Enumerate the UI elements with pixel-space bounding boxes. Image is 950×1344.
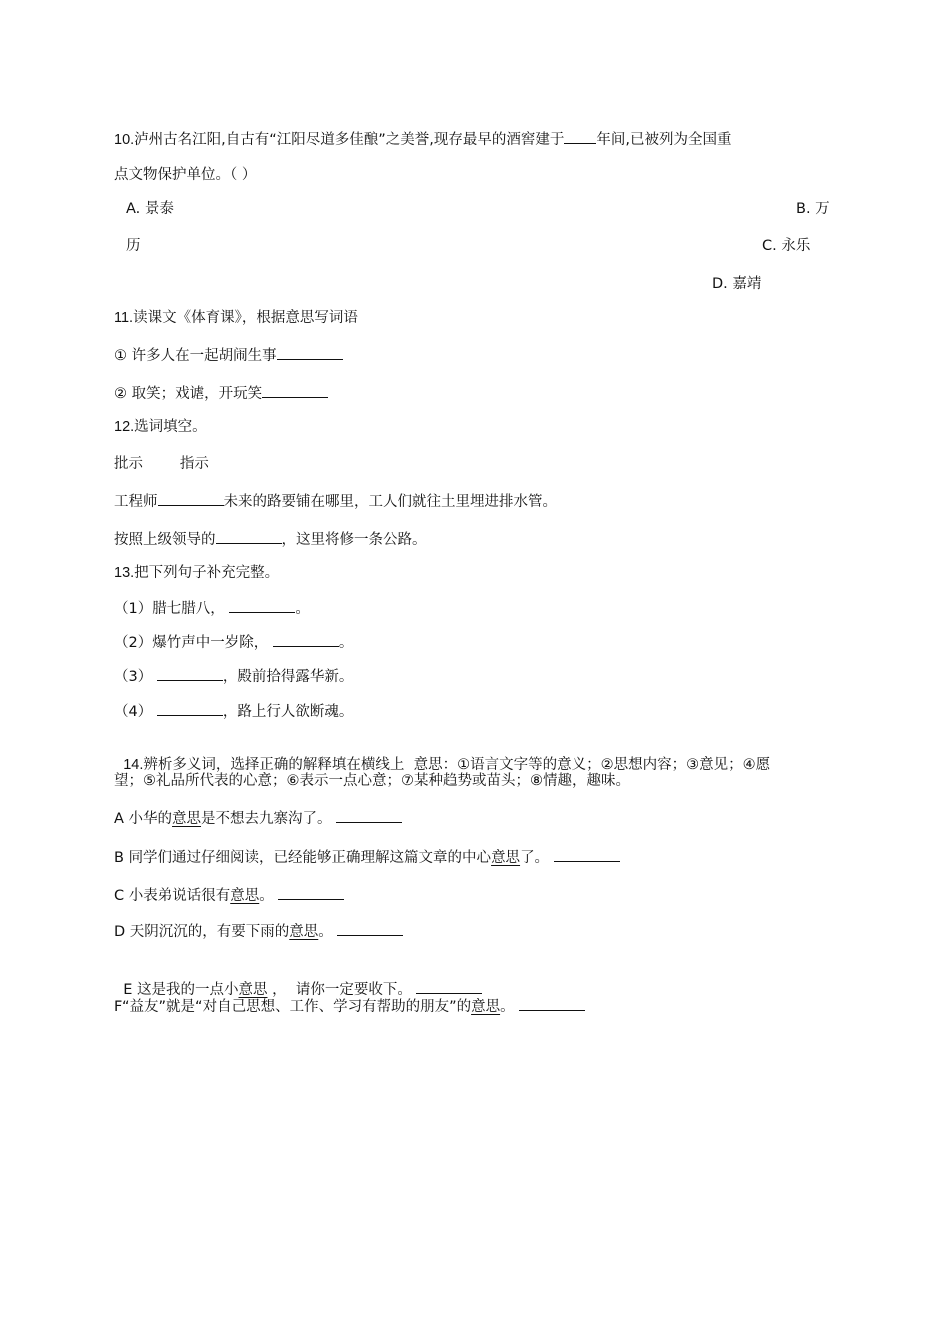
q12-blank-1[interactable]	[158, 490, 224, 506]
q14-item-d: D 天阴沉沉的，有要下雨的意思。	[114, 920, 403, 942]
q10-line2: 点文物保护单位。（ ）	[114, 165, 256, 185]
q14-item-c-keyword: 意思	[230, 888, 259, 904]
q14-item-c-label: C	[114, 888, 129, 904]
q14-item-c-after: 。	[259, 888, 274, 904]
q14-blank-e[interactable]	[416, 978, 482, 994]
q13-item-2-label: （2）	[114, 635, 152, 651]
q13-item-2-after: 。	[339, 635, 354, 651]
q14-item-b-before: 同学们通过仔细阅读，已经能够正确理解这篇文章的中心	[129, 850, 492, 866]
q13-item-3: （3） ，殿前拾得露华新。	[114, 665, 353, 687]
q14-blank-d[interactable]	[337, 920, 403, 936]
q13-title: 13.把下列句子补充完整。	[114, 563, 279, 583]
q14-item-a-after: 是不想去九寨沟了。	[201, 811, 332, 827]
q11-item-1: ① 许多人在一起胡闹生事	[114, 344, 343, 366]
q12-s2-before: 按照上级领导的	[114, 532, 216, 548]
q14-item-d-keyword: 意思	[289, 924, 318, 940]
q14-item-f-label: F	[114, 999, 122, 1015]
q13-number: 13.	[114, 565, 134, 581]
q12-blank-2[interactable]	[216, 528, 282, 544]
q13-blank-3[interactable]	[157, 665, 223, 681]
q10-blank[interactable]	[564, 128, 596, 144]
q14-item-c: C 小表弟说话很有意思。	[114, 884, 344, 906]
q13-item-1: （1）腊七腊八， 。	[114, 597, 310, 619]
q11-title: 11.读课文《体育课》，根据意思写词语	[114, 308, 358, 328]
q13-item-1-before: 腊七腊八，	[152, 601, 225, 617]
q14-blank-b[interactable]	[554, 846, 620, 862]
q12-sentence-1: 工程师未来的路要铺在哪里，工人们就往土里埋进排水管。	[114, 490, 557, 512]
q13-title-text: 把下列句子补充完整。	[134, 565, 279, 581]
q11-item-2-text: 取笑；戏谑，开玩笑	[132, 386, 263, 402]
q14-item-d-before: 天阴沉沉的，有要下雨的	[130, 924, 290, 940]
q13-item-1-label: （1）	[114, 601, 152, 617]
q12-word-choices: 批示 指示	[114, 454, 209, 474]
q14-item-d-label: D	[114, 924, 130, 940]
q14-item-f-after: 。	[500, 999, 515, 1015]
q13-item-4-after: ，路上行人欲断魂。	[223, 704, 354, 720]
q12-s1-before: 工程师	[114, 494, 158, 510]
q12-title: 12.选词填空。	[114, 417, 207, 437]
circled-2-marker: ②	[114, 386, 127, 402]
q12-sentence-2: 按照上级领导的，这里将修一条公路。	[114, 528, 427, 550]
circled-1-marker: ①	[114, 348, 127, 364]
q14-line2: 望；⑤礼品所代表的心意；⑥表示一点心意；⑦某种趋势或苗头；⑧情趣，趣味。	[114, 771, 630, 791]
q11-item-2: ② 取笑；戏谑，开玩笑	[114, 382, 328, 404]
q10-option-b-continued[interactable]: 历	[126, 236, 141, 256]
q11-blank-2[interactable]	[262, 382, 328, 398]
q10-text-before: 泸州古名江阳,自古有“江阳尽道多佳酿”之美誉,现存最早的酒窖建于	[134, 132, 564, 148]
q14-item-b: B 同学们通过仔细阅读，已经能够正确理解这篇文章的中心意思了。	[114, 846, 620, 868]
q14-item-f: F“益友”就是“对自己思想、工作、学习有帮助的朋友”的意思。	[114, 995, 585, 1017]
q12-title-text: 选词填空。	[134, 419, 207, 435]
q13-item-3-after: ，殿前拾得露华新。	[223, 669, 354, 685]
q14-blank-f[interactable]	[519, 995, 585, 1011]
q14-item-f-before: “益友”就是“对自己思想、工作、学习有帮助的朋友”的	[122, 999, 471, 1015]
q10-option-a[interactable]: A. 景泰	[126, 199, 174, 219]
q11-blank-1[interactable]	[277, 344, 343, 360]
q11-number: 11.	[114, 310, 133, 326]
q14-item-b-keyword: 意思	[491, 850, 520, 866]
q12-s2-after: ，这里将修一条公路。	[282, 532, 427, 548]
q14-item-a-keyword: 意思	[172, 811, 201, 827]
q11-item-1-text: 许多人在一起胡闹生事	[132, 348, 277, 364]
q13-item-2-before: 爆竹声中一岁除，	[152, 635, 268, 651]
q14-item-b-label: B	[114, 850, 129, 866]
q14-item-f-keyword: 意思	[471, 999, 500, 1015]
q14-blank-a[interactable]	[336, 807, 402, 823]
q14-item-c-before: 小表弟说话很有	[129, 888, 231, 904]
q10-number: 10.	[114, 132, 134, 148]
q13-blank-1[interactable]	[229, 597, 295, 613]
q13-item-4-label: （4）	[114, 704, 152, 720]
q14-item-a: A 小华的意思是不想去九寨沟了。	[114, 807, 402, 829]
q12-number: 12.	[114, 419, 134, 435]
q13-item-3-label: （3）	[114, 669, 152, 685]
q14-item-e: E 这是我的一点小意思 ， 请你一定要收下。	[114, 958, 482, 1000]
q11-title-text: 读课文《体育课》，根据意思写词语	[133, 310, 358, 326]
q13-blank-4[interactable]	[157, 700, 223, 716]
q14-item-d-after: 。	[318, 924, 333, 940]
q10-option-b[interactable]: B. 万	[796, 199, 830, 219]
q12-s1-after: 未来的路要铺在哪里，工人们就往土里埋进排水管。	[224, 494, 558, 510]
q10-line1: 10.泸州古名江阳,自古有“江阳尽道多佳酿”之美誉,现存最早的酒窖建于年间,已被…	[114, 128, 732, 150]
q14-line1: 14.辨析多义词，选择正确的解释填在横线上 意思：①语言文字等的意义；②思想内容…	[114, 735, 770, 775]
q10-option-c[interactable]: C. 永乐	[762, 236, 810, 256]
q13-item-2: （2）爆竹声中一岁除， 。	[114, 631, 353, 653]
q14-blank-c[interactable]	[278, 884, 344, 900]
q14-item-a-label: A	[114, 811, 129, 827]
q10-option-d[interactable]: D. 嘉靖	[712, 274, 761, 294]
q13-item-4: （4） ，路上行人欲断魂。	[114, 700, 353, 722]
q14-item-a-before: 小华的	[129, 811, 173, 827]
q10-text-after: 年间,已被列为全国重	[596, 132, 731, 148]
q13-item-1-after: 。	[295, 601, 310, 617]
q13-blank-2[interactable]	[273, 631, 339, 647]
q14-item-b-after: 了。	[520, 850, 549, 866]
